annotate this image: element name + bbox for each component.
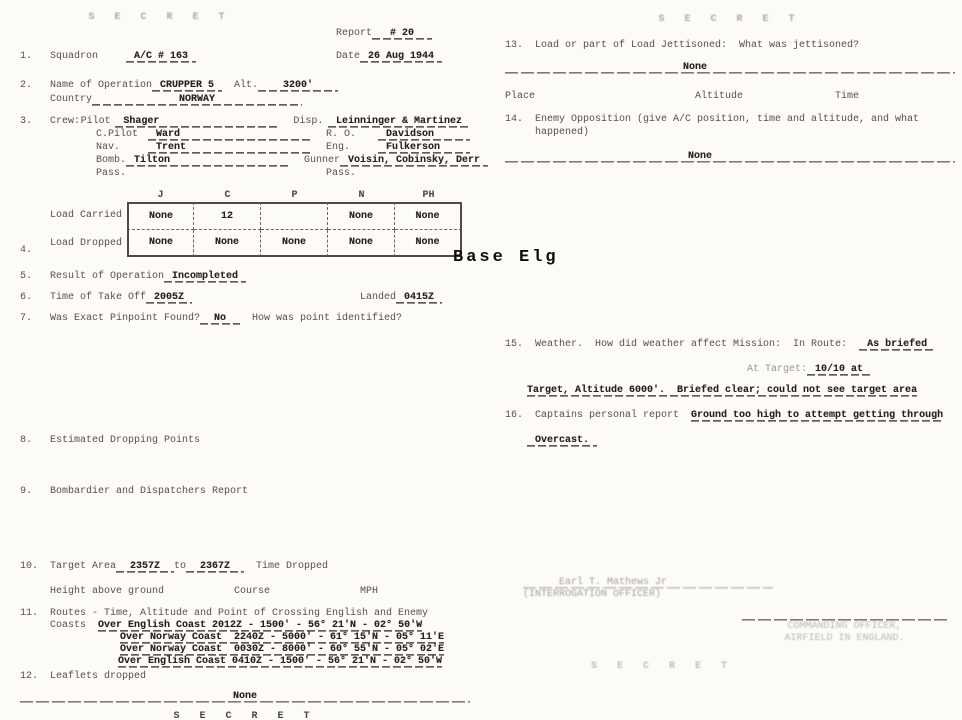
enemy-opposition-label: Enemy Opposition (give A/C position, tim… — [535, 114, 919, 126]
form-item-8: 8. Estimated Dropping Points — [20, 435, 470, 447]
item-16-number: 16. — [505, 410, 535, 422]
enemy-opposition-label2: happened) — [535, 127, 589, 139]
jettisoned-value-line: None — [505, 62, 955, 74]
form-item-9: 9. Bombardier and Dispatchers Report — [20, 486, 470, 498]
col-header-j: J — [127, 190, 194, 202]
col-header-n: N — [328, 190, 395, 202]
route-line: Over English Coast 2012Z - 1500' - 56° 2… — [98, 620, 422, 632]
crew-role-label: Disp. — [293, 115, 328, 128]
form-item-3-crew-block: 3. Crew: Pilot Shager Disp. Leinninger &… — [20, 115, 470, 180]
item-3-number: 3. — [20, 115, 50, 128]
jettisoned-label: Load or part of Load Jettisoned: What wa… — [535, 40, 859, 52]
operation-name-label: Name of Operation — [50, 80, 152, 92]
form-item-12: 12. Leaflets dropped — [20, 671, 470, 683]
engineer-name: Fulkerson — [378, 141, 470, 154]
captains-report-value1: Ground too high to attempt getting throu… — [691, 410, 943, 422]
commanding-officer-block: COMMANDING OFFICER, AIRFIELD IN ENGLAND. — [742, 617, 947, 645]
item-10-number: 10. — [20, 561, 50, 573]
squadron-label: Squadron — [50, 51, 98, 63]
load-dropped-label: Load Dropped — [50, 230, 127, 257]
item-8-number: 8. — [20, 435, 50, 447]
item-14-number: 14. — [505, 114, 535, 126]
item-9-number: 9. — [20, 486, 50, 498]
altitude-value: 3200' — [258, 80, 338, 92]
classification-banner-top-left: S E C R E T — [20, 12, 300, 24]
item-4-number: 4. — [20, 245, 50, 257]
crew-role-label: C.Pilot — [96, 128, 148, 141]
result-value: Incompleted — [164, 271, 246, 283]
crew-row: 3. Crew: Pilot Shager Disp. Leinninger &… — [20, 115, 470, 128]
col-header-c: C — [194, 190, 261, 202]
landed-value: 0415Z — [396, 292, 442, 304]
target-area-from: 2357Z — [116, 561, 174, 573]
signature-block: Earl T. Mathews Jr (INTERROGATION OFFICE… — [523, 577, 773, 601]
jettison-time-label: Time — [835, 91, 859, 103]
item-13-number: 13. — [505, 40, 535, 52]
form-item-2: 2. Name of Operation CRUPPER 5 Alt. 3200… — [20, 80, 470, 92]
classification-banner-bottom-right: S E C R E T — [505, 661, 820, 673]
dispatcher-name: Leinninger & Martinez — [328, 115, 470, 128]
crew-role-label: Eng. — [326, 141, 378, 154]
interrogation-officer-title: (INTERROGATION OFFICER) — [523, 589, 661, 601]
form-item-10: 10. Target Area 2357Z to 2367Z Time Drop… — [20, 561, 470, 573]
weather-label: Weather. How did weather affect Mission:… — [535, 339, 847, 351]
target-area-to: 2367Z — [186, 561, 244, 573]
height-label: Height above ground — [50, 586, 164, 598]
coasts-label: Coasts — [50, 620, 86, 632]
bombardier-report-label: Bombardier and Dispatchers Report — [50, 486, 248, 498]
copilot-name: Ward — [148, 128, 312, 141]
captains-report-label: Captains personal report — [535, 410, 679, 422]
operation-name-value: CRUPPER 5 — [152, 80, 222, 92]
routes-label: Routes - Time, Altitude and Point of Cro… — [50, 608, 428, 620]
crew-role-label: Gunner — [304, 154, 340, 167]
item-12-number: 12. — [20, 671, 50, 683]
item-15-number: 15. — [505, 339, 535, 351]
takeoff-label: Time of Take Off — [50, 292, 146, 304]
item-7-number: 7. — [20, 313, 50, 325]
col-header-p: P — [261, 190, 328, 202]
at-target-label: At Target: — [747, 364, 807, 376]
report-number-line: Report # 20 — [20, 28, 470, 40]
classification-banner-top-right: S E C R E T — [505, 14, 955, 26]
form-item-13: 13. Load or part of Load Jettisoned: Wha… — [505, 40, 955, 52]
route-line: Over Norway Coast 2240Z - 5000' - 61° 15… — [120, 632, 444, 644]
form-item-15c: Target, Altitude 6000'. Briefed clear; c… — [505, 385, 955, 397]
crew-role-label: Pass. — [96, 167, 148, 180]
country-value: NORWAY — [92, 94, 302, 106]
col-header-ph: PH — [395, 190, 462, 202]
form-item-6: 6. Time of Take Off 2005Z Landed 0415Z — [20, 292, 470, 304]
load-table: Load Carried None 12 None None Load Drop… — [50, 202, 464, 257]
leaflets-value: None — [233, 691, 257, 703]
dropping-points-label: Estimated Dropping Points — [50, 435, 200, 447]
result-label: Result of Operation — [50, 271, 164, 283]
form-item-14: 14. Enemy Opposition (give A/C position,… — [505, 114, 955, 126]
squadron-value: A/C # 163 — [126, 51, 196, 63]
leaflets-label: Leaflets dropped — [50, 671, 146, 683]
target-area-label: Target Area — [50, 561, 116, 573]
item-1-number: 1. — [20, 51, 50, 63]
table-cell: None — [149, 237, 173, 249]
country-label: Country — [50, 94, 92, 106]
form-item-2-country: Country NORWAY — [20, 94, 470, 106]
crew-role-label: Bomb. — [96, 154, 126, 167]
crew-row: Nav. Trent Eng. Fulkerson — [20, 141, 470, 154]
crew-row: Pass. Pass. — [20, 167, 470, 180]
table-cell: None — [349, 211, 373, 223]
table-cell: None — [415, 211, 439, 223]
form-item-14b: happened) — [505, 127, 955, 139]
item-2-number: 2. — [20, 80, 50, 92]
report-page-right: S E C R E T 13. Load or part of Load Jet… — [505, 0, 955, 720]
report-number-value: # 20 — [372, 28, 432, 40]
table-cell: 12 — [221, 211, 233, 223]
gunner-names: Voisin, Cobinsky, Derr — [340, 154, 488, 167]
form-item-15: 15. Weather. How did weather affect Miss… — [505, 339, 955, 351]
altitude-label: Alt. — [234, 80, 258, 92]
course-label: Course — [234, 586, 270, 598]
navigator-name: Trent — [148, 141, 312, 154]
jettisoned-value: None — [683, 62, 707, 74]
crew-role-label: Nav. — [96, 141, 148, 154]
date-value: 26 Aug 1944 — [360, 51, 442, 63]
table-cell: None — [149, 211, 173, 223]
to-label: to — [174, 561, 186, 573]
radio-operator-name: Davidson — [378, 128, 470, 141]
weather-detail-value: Target, Altitude 6000'. Briefed clear; c… — [527, 385, 917, 397]
item-5-number: 5. — [20, 271, 50, 283]
crew-row: C.Pilot Ward R. O. Davidson — [20, 128, 470, 141]
item-11-number: 11. — [20, 608, 50, 620]
identified-label: How was point identified? — [252, 313, 402, 325]
jettison-altitude-label: Altitude — [695, 91, 743, 103]
mph-label: MPH — [360, 586, 378, 598]
bombardier-name: Tilton — [126, 154, 290, 167]
route-line: Over Norway Coast 0030Z - 8000' - 60° 55… — [120, 644, 444, 656]
landed-label: Landed — [360, 292, 396, 304]
enemy-opposition-value: None — [688, 151, 712, 163]
crew-role-label: R. O. — [326, 128, 378, 141]
form-item-5: 5. Result of Operation Incompleted — [20, 271, 470, 283]
leaflets-value-line: None — [20, 691, 470, 703]
commanding-officer-line1: COMMANDING OFFICER, — [742, 621, 947, 633]
in-route-value: As briefed — [859, 339, 935, 351]
scanned-mission-report: S E C R E T Report # 20 1. Squadron A/C … — [0, 0, 962, 720]
report-label: Report — [336, 28, 372, 40]
captains-report-value2: Overcast. — [527, 435, 597, 447]
table-cell: None — [282, 237, 306, 249]
table-cell: None — [415, 237, 439, 249]
load-carried-label: Load Carried — [50, 202, 127, 230]
route-line: Over English Coast 0410Z - 1500' - 56° 2… — [118, 656, 442, 668]
commanding-officer-line2: AIRFIELD IN ENGLAND. — [742, 633, 947, 645]
form-item-16: 16. Captains personal report Ground too … — [505, 410, 955, 422]
form-item-7: 7. Was Exact Pinpoint Found? No How was … — [20, 313, 470, 325]
date-label: Date — [336, 51, 360, 63]
form-item-10b: Height above ground Course MPH — [20, 586, 470, 598]
at-target-value: 10/10 at — [807, 364, 871, 376]
crew-row: Bomb. Tilton Gunner Voisin, Cobinsky, De… — [20, 154, 470, 167]
annotation-overlay: Base Elg — [453, 252, 559, 264]
pinpoint-label: Was Exact Pinpoint Found? — [50, 313, 200, 325]
takeoff-value: 2005Z — [146, 292, 192, 304]
crew-label: Crew: — [50, 115, 81, 128]
form-item-4: 4. J C P N PH Load Carried None 12 None … — [20, 190, 470, 257]
pilot-name: Shager — [115, 115, 279, 128]
crew-role-label: Pass. — [326, 167, 378, 180]
form-item-15b: At Target: 10/10 at — [505, 364, 955, 376]
enemy-opposition-value-line: None — [505, 151, 955, 163]
crew-role-label: Pilot — [81, 115, 116, 128]
pinpoint-value: No — [200, 313, 240, 325]
item-6-number: 6. — [20, 292, 50, 304]
form-item-1: 1. Squadron A/C # 163 Date 26 Aug 1944 — [20, 51, 470, 63]
classification-banner-bottom-left: S E C R E T — [20, 711, 470, 720]
table-cell: None — [215, 237, 239, 249]
form-item-16b: Overcast. — [505, 435, 955, 447]
form-item-11: 11. Routes - Time, Altitude and Point of… — [20, 608, 470, 668]
time-dropped-label: Time Dropped — [256, 561, 328, 573]
place-label: Place — [505, 91, 535, 103]
interrogation-officer-name: Earl T. Mathews Jr — [559, 577, 667, 589]
table-cell: None — [349, 237, 373, 249]
load-table-header: J C P N PH — [127, 190, 464, 202]
report-page-left: S E C R E T Report # 20 1. Squadron A/C … — [20, 0, 470, 720]
form-item-13b: Place Altitude Time — [505, 91, 955, 103]
